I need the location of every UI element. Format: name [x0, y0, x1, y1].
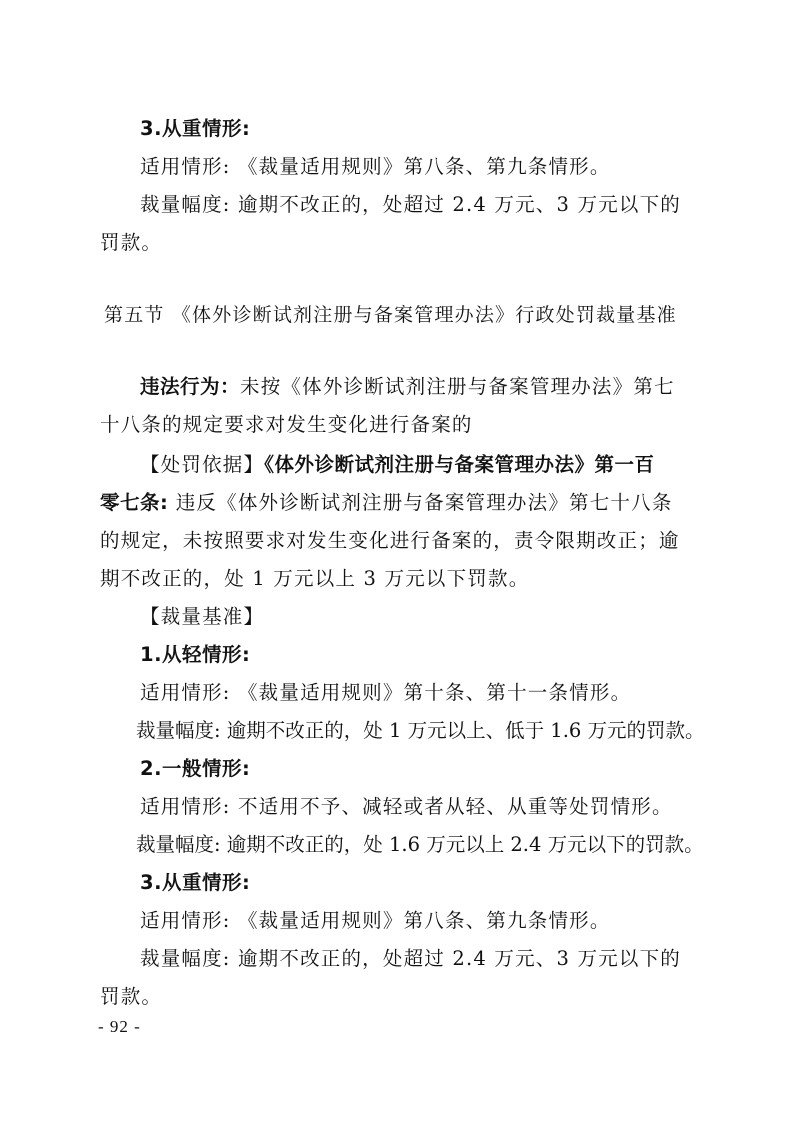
range-label: 裁量幅度:	[140, 193, 231, 216]
applicable-label: 适用情形:	[140, 681, 231, 704]
heading-mitigated: 1.从轻情形:	[140, 642, 696, 668]
range-label: 裁量幅度:	[136, 833, 221, 856]
range-text: 逾期不改正的，处超过 2.4 万元、3 万元以下的	[238, 193, 681, 216]
violation-label: 违法行为：	[140, 375, 240, 398]
heading-aggravated-top: 3.从重情形:	[140, 116, 696, 142]
applicable-text: 《裁量适用规则》第八条、第九条情形。	[238, 155, 611, 178]
range-line-mitigated: 裁量幅度: 逾期不改正的，处 1 万元以上、低于 1.6 万元的罚款。	[136, 718, 696, 744]
heading-general: 2.一般情形:	[140, 756, 696, 782]
penalty-basis-line-3: 的规定，未按照要求对发生变化进行备案的，责令限期改正；逾	[100, 528, 696, 554]
applicable-line-aggravated: 适用情形: 《裁量适用规则》第八条、第九条情形。	[140, 908, 696, 934]
penalty-basis-line: 【处罚依据】《体外诊断试剂注册与备案管理办法》第一百	[140, 452, 696, 478]
applicable-label: 适用情形:	[140, 909, 231, 932]
applicable-line-top: 适用情形: 《裁量适用规则》第八条、第九条情形。	[140, 154, 696, 180]
violation-text: 未按《体外诊断试剂注册与备案管理办法》第七	[240, 375, 675, 398]
applicable-line-mitigated: 适用情形: 《裁量适用规则》第十条、第十一条情形。	[140, 680, 696, 706]
range-label: 裁量幅度:	[140, 947, 231, 970]
section-title: 第五节 《体外诊断试剂注册与备案管理办法》行政处罚裁量基准	[104, 302, 704, 328]
discretion-standard-label: 【裁量基准】	[140, 604, 696, 630]
law-reference-cont: 零七条:	[100, 491, 168, 514]
applicable-text: 《裁量适用规则》第八条、第九条情形。	[238, 909, 611, 932]
range-text: 逾期不改正的，处 1 万元以上、低于 1.6 万元的罚款。	[227, 719, 705, 742]
applicable-label: 适用情形:	[140, 795, 231, 818]
document-page: 3.从重情形: 适用情形: 《裁量适用规则》第八条、第九条情形。 裁量幅度: 逾…	[0, 0, 793, 1122]
applicable-label: 适用情形:	[140, 155, 231, 178]
range-text: 逾期不改正的，处 1.6 万元以上 2.4 万元以下的罚款。	[227, 833, 704, 856]
penalty-basis-line-4: 期不改正的，处 1 万元以上 3 万元以下罚款。	[100, 566, 696, 592]
range-text: 逾期不改正的，处超过 2.4 万元、3 万元以下的	[238, 947, 681, 970]
penalty-basis-text: 违反《体外诊断试剂注册与备案管理办法》第七十八条	[176, 491, 673, 514]
range-line-top-cont: 罚款。	[100, 230, 696, 256]
applicable-line-general: 适用情形: 不适用不予、减轻或者从轻、从重等处罚情形。	[140, 794, 696, 820]
range-label: 裁量幅度:	[136, 719, 221, 742]
page-number: - 92 -	[98, 1016, 141, 1038]
range-line-aggravated-cont: 罚款。	[100, 984, 696, 1010]
range-line-aggravated: 裁量幅度: 逾期不改正的，处超过 2.4 万元、3 万元以下的	[140, 946, 696, 972]
penalty-basis-label: 【处罚依据】	[140, 453, 264, 476]
violation-line: 违法行为：未按《体外诊断试剂注册与备案管理办法》第七	[140, 374, 696, 400]
penalty-basis-line-2: 零七条: 违反《体外诊断试剂注册与备案管理办法》第七十八条	[100, 490, 696, 516]
applicable-text: 《裁量适用规则》第十条、第十一条情形。	[238, 681, 631, 704]
violation-line-cont: 十八条的规定要求对发生变化进行备案的	[100, 412, 696, 438]
heading-aggravated: 3.从重情形:	[140, 870, 696, 896]
range-line-top: 裁量幅度: 逾期不改正的，处超过 2.4 万元、3 万元以下的	[140, 192, 696, 218]
law-reference: 《体外诊断试剂注册与备案管理办法》第一百	[264, 453, 654, 476]
range-line-general: 裁量幅度: 逾期不改正的，处 1.6 万元以上 2.4 万元以下的罚款。	[136, 832, 696, 858]
applicable-text: 不适用不予、减轻或者从轻、从重等处罚情形。	[238, 795, 673, 818]
